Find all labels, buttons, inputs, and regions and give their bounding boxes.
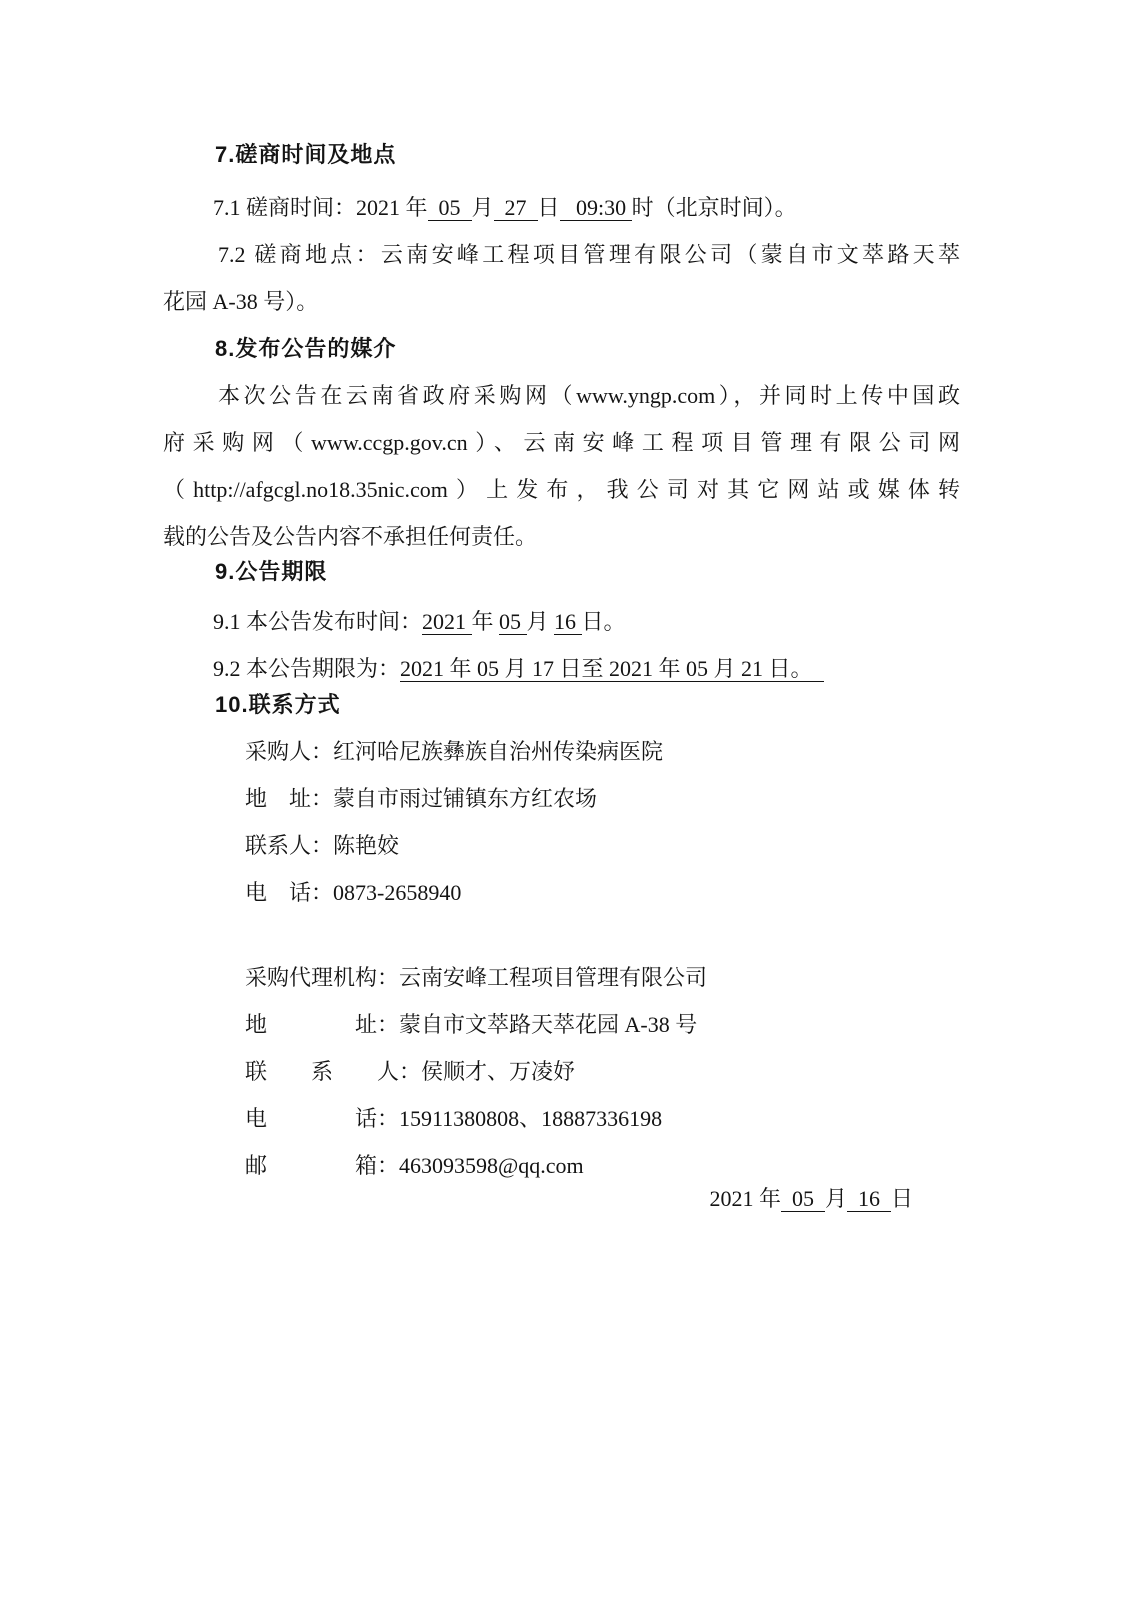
underlined-field: 09:30 [560, 195, 632, 221]
underlined-field: 05 [428, 195, 472, 221]
consultation-time-line: 7.1 磋商时间：2021 年 05 月 27 日 09:30 时（北京时间）。 [163, 184, 960, 231]
text-segment: 9.1 本公告发布时间： [213, 609, 422, 634]
section-8-heading: 8.发布公告的媒介 [163, 325, 960, 372]
text-segment: 日 [891, 1186, 913, 1211]
purchaser-contact-line: 联系人：陈艳姣 [163, 822, 960, 869]
announcement-body: 7.磋商时间及地点 7.1 磋商时间：2021 年 05 月 27 日 09:3… [163, 131, 960, 1222]
underlined-field: 16 [847, 1186, 891, 1212]
purchaser-phone-line: 电 话：0873-2658940 [163, 869, 960, 916]
text-segment: 7.1 磋商时间：2021 年 [213, 195, 428, 220]
media-paragraph-line-1: 本次公告在云南省政府采购网（www.yngp.com），并同时上传中国政 [163, 372, 960, 419]
consultation-place-line-1: 7.2 磋商地点：云南安峰工程项目管理有限公司（蒙自市文萃路天萃 [163, 231, 960, 278]
consultation-place-line-2: 花园 A-38 号）。 [163, 278, 960, 325]
agency-name-line: 采购代理机构：云南安峰工程项目管理有限公司 [163, 954, 960, 1001]
publish-time-line: 9.1 本公告发布时间：2021 年 05 月 16 日。 [163, 598, 960, 645]
purchaser-address-line: 地 址：蒙自市雨过铺镇东方红农场 [163, 775, 960, 822]
text-segment: 日。 [582, 609, 626, 634]
purchaser-name-line: 采购人：红河哈尼族彝族自治州传染病医院 [163, 728, 960, 775]
agency-address-line: 地 址：蒙自市文萃路天萃花园 A-38 号 [163, 1001, 960, 1048]
underlined-field: 16 [554, 609, 582, 635]
underlined-field: 05 [781, 1186, 825, 1212]
text-segment: 日 [538, 195, 560, 220]
underlined-field: 2021 [422, 609, 472, 635]
section-7-heading: 7.磋商时间及地点 [163, 131, 960, 178]
text-segment: 9.2 本公告期限为： [213, 656, 400, 681]
section-9-heading: 9.公告期限 [163, 548, 960, 595]
text-segment: 2021 年 [709, 1186, 781, 1211]
agency-contact-line: 联 系 人：侯顺才、万凌妤 [163, 1048, 960, 1095]
underlined-field: 2021 年 05 月 17 日至 2021 年 05 月 21 日。 [400, 656, 824, 682]
agency-phone-line: 电 话：15911380808、18887336198 [163, 1095, 960, 1142]
underlined-field: 27 [494, 195, 538, 221]
media-paragraph-line-3: （http://afgcgl.no18.35nic.com）上发布，我公司对其它… [163, 466, 960, 513]
text-segment: 月 [472, 195, 494, 220]
media-paragraph-line-2: 府采购网（www.ccgp.gov.cn）、云南安峰工程项目管理有限公司网 [163, 419, 960, 466]
underlined-field: 05 [499, 609, 527, 635]
text-segment: 年 [472, 609, 500, 634]
text-segment: 月 [825, 1186, 847, 1211]
text-segment: 时（北京时间）。 [632, 195, 797, 220]
text-segment: 月 [527, 609, 555, 634]
document-page: 7.磋商时间及地点 7.1 磋商时间：2021 年 05 月 27 日 09:3… [0, 0, 1131, 1600]
